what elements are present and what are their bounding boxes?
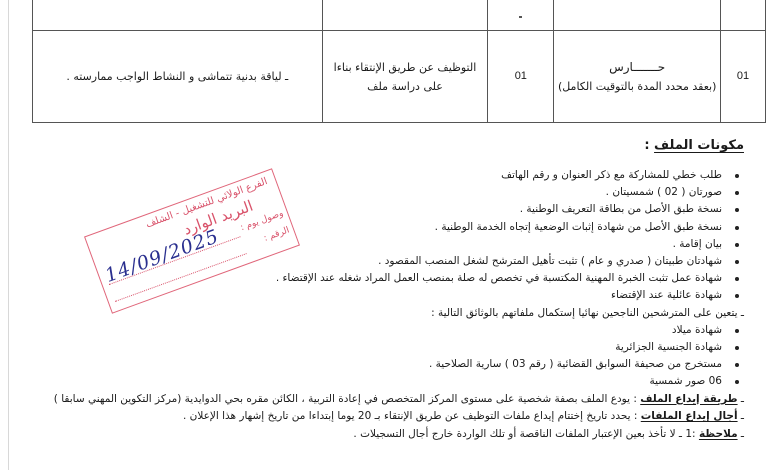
table-row: 01 حـــــــارس (بعقد محدد المدة بالتوقيت… — [33, 31, 766, 123]
deadline-label: أجال إيداع الملفات — [641, 410, 738, 422]
deposit-method-label: طريقة إيداع الملف — [640, 393, 737, 405]
conditions-cell: ـ لياقة بدنية تتماشى و النشاط الواجب مما… — [33, 31, 323, 123]
page-margin-line — [8, 0, 9, 470]
recruitment-mode-line1: التوظيف عن طريق الإنتقاء بناءا — [323, 58, 488, 77]
header-cell-number — [721, 0, 766, 31]
list-item: طلب خطي للمشاركة مع ذكر العنوان و رقم ال… — [24, 167, 744, 184]
list-item: شهادة الجنسية الجزائرية — [24, 339, 744, 356]
stamp-handwritten-date: 14/09/2025 — [102, 225, 222, 287]
list-item: صورتان ( 02 ) شمسيتان . — [24, 184, 744, 201]
deposit-method-text: : يودع الملف بصفة شخصية على مستوى المركز… — [54, 393, 640, 405]
header-cell-mode — [322, 0, 488, 31]
stamp-number-label: الرقم : — [263, 225, 291, 243]
post-title: حـــــــارس — [554, 58, 720, 77]
scan-mark — [519, 16, 522, 18]
deposit-method: ـ طريقة إيداع الملف : يودع الملف بصفة شخ… — [24, 391, 744, 409]
recruitment-mode-cell: التوظيف عن طريق الإنتقاء بناءا على دراسة… — [322, 31, 488, 123]
table-header-row — [33, 0, 766, 31]
list-item: نسخة طبق الأصل من بطاقة التعريف الوطنية … — [24, 201, 744, 218]
list-item: شهادة ميلاد — [24, 322, 744, 339]
deadline-text: : يحدد تاريخ إختتام إيداع ملفات التوظيف … — [183, 410, 641, 422]
list-item: مستخرج من صحيفة السوابق القضائية ( رقم 0… — [24, 356, 744, 373]
list-item: 06 صور شمسية — [24, 373, 744, 390]
deposit-deadline: ـ أجال إيداع الملفات : يحدد تاريخ إختتام… — [24, 408, 744, 426]
section-title-colon: : — [644, 138, 654, 153]
positions-count: 01 — [488, 31, 554, 123]
notes-section: ـ طريقة إيداع الملف : يودع الملف بصفة شخ… — [24, 391, 744, 444]
section-title: مكونات الملف : — [24, 138, 744, 153]
remark-label: ملاحظة — [699, 428, 738, 440]
header-cell-count — [488, 0, 554, 31]
document-page: 01 حـــــــارس (بعقد محدد المدة بالتوقيت… — [0, 0, 780, 470]
post-contract-type: (بعقد محدد المدة بالتوقيت الكامل) — [554, 77, 720, 96]
successful-candidates-note: ـ يتعين على المترشحين الناجحين نهائيا إس… — [24, 305, 744, 322]
header-cell-conditions — [33, 0, 323, 31]
job-offers-table: 01 حـــــــارس (بعقد محدد المدة بالتوقيت… — [32, 0, 766, 123]
section-title-text: مكونات الملف — [654, 138, 744, 153]
post-cell: حـــــــارس (بعقد محدد المدة بالتوقيت ال… — [554, 31, 721, 123]
remark: ـ ملاحظة :1 ـ لا تأخذ بعين الإعتبار المل… — [24, 426, 744, 444]
row-number: 01 — [721, 31, 766, 123]
header-cell-post — [554, 0, 721, 31]
remark-text: :1 ـ لا تأخذ بعين الإعتبار الملفات الناق… — [353, 428, 699, 440]
recruitment-mode-line2: على دراسة ملف — [323, 77, 488, 96]
